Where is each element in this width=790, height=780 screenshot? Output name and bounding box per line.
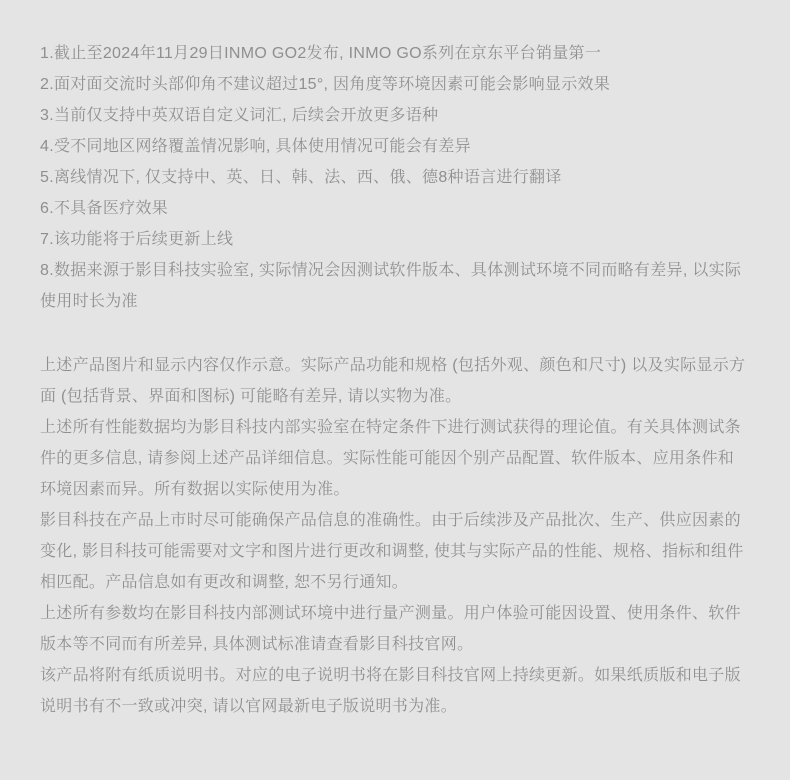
note-line-1: 1.截止至2024年11月29日INMO GO2发布, INMO GO系列在京东… — [40, 38, 750, 69]
note-line-2: 2.面对面交流时头部仰角不建议超过15°, 因角度等环境因素可能会影响显示效果 — [40, 69, 750, 100]
disclaimer-paragraphs-section: 上述产品图片和显示内容仅作示意。实际产品功能和规格 (包括外观、颜色和尺寸) 以… — [40, 350, 750, 722]
product-disclaimer-page: 1.截止至2024年11月29日INMO GO2发布, INMO GO系列在京东… — [0, 0, 790, 780]
note-line-6: 6.不具备医疗效果 — [40, 193, 750, 224]
disclaimer-paragraph-manual: 该产品将附有纸质说明书。对应的电子说明书将在影目科技官网上持续更新。如果纸质版和… — [40, 660, 750, 722]
numbered-notes-section: 1.截止至2024年11月29日INMO GO2发布, INMO GO系列在京东… — [40, 38, 750, 317]
note-line-8: 8.数据来源于影目科技实验室, 实际情况会因测试软件版本、具体测试环境不同而略有… — [40, 255, 750, 317]
disclaimer-paragraph-performance: 上述所有性能数据均为影目科技内部实验室在特定条件下进行测试获得的理论值。有关具体… — [40, 412, 750, 505]
note-line-5: 5.离线情况下, 仅支持中、英、日、韩、法、西、俄、德8种语言进行翻译 — [40, 162, 750, 193]
page-background: { "page": { "background_color": "#e4e4e4… — [0, 0, 790, 780]
disclaimer-paragraph-images: 上述产品图片和显示内容仅作示意。实际产品功能和规格 (包括外观、颜色和尺寸) 以… — [40, 350, 750, 412]
note-line-4: 4.受不同地区网络覆盖情况影响, 具体使用情况可能会有差异 — [40, 131, 750, 162]
disclaimer-paragraph-accuracy: 影目科技在产品上市时尽可能确保产品信息的准确性。由于后续涉及产品批次、生产、供应… — [40, 505, 750, 598]
note-line-3: 3.当前仅支持中英双语自定义词汇, 后续会开放更多语种 — [40, 100, 750, 131]
note-line-7: 7.该功能将于后续更新上线 — [40, 224, 750, 255]
disclaimer-paragraph-parameters: 上述所有参数均在影目科技内部测试环境中进行量产测量。用户体验可能因设置、使用条件… — [40, 598, 750, 660]
